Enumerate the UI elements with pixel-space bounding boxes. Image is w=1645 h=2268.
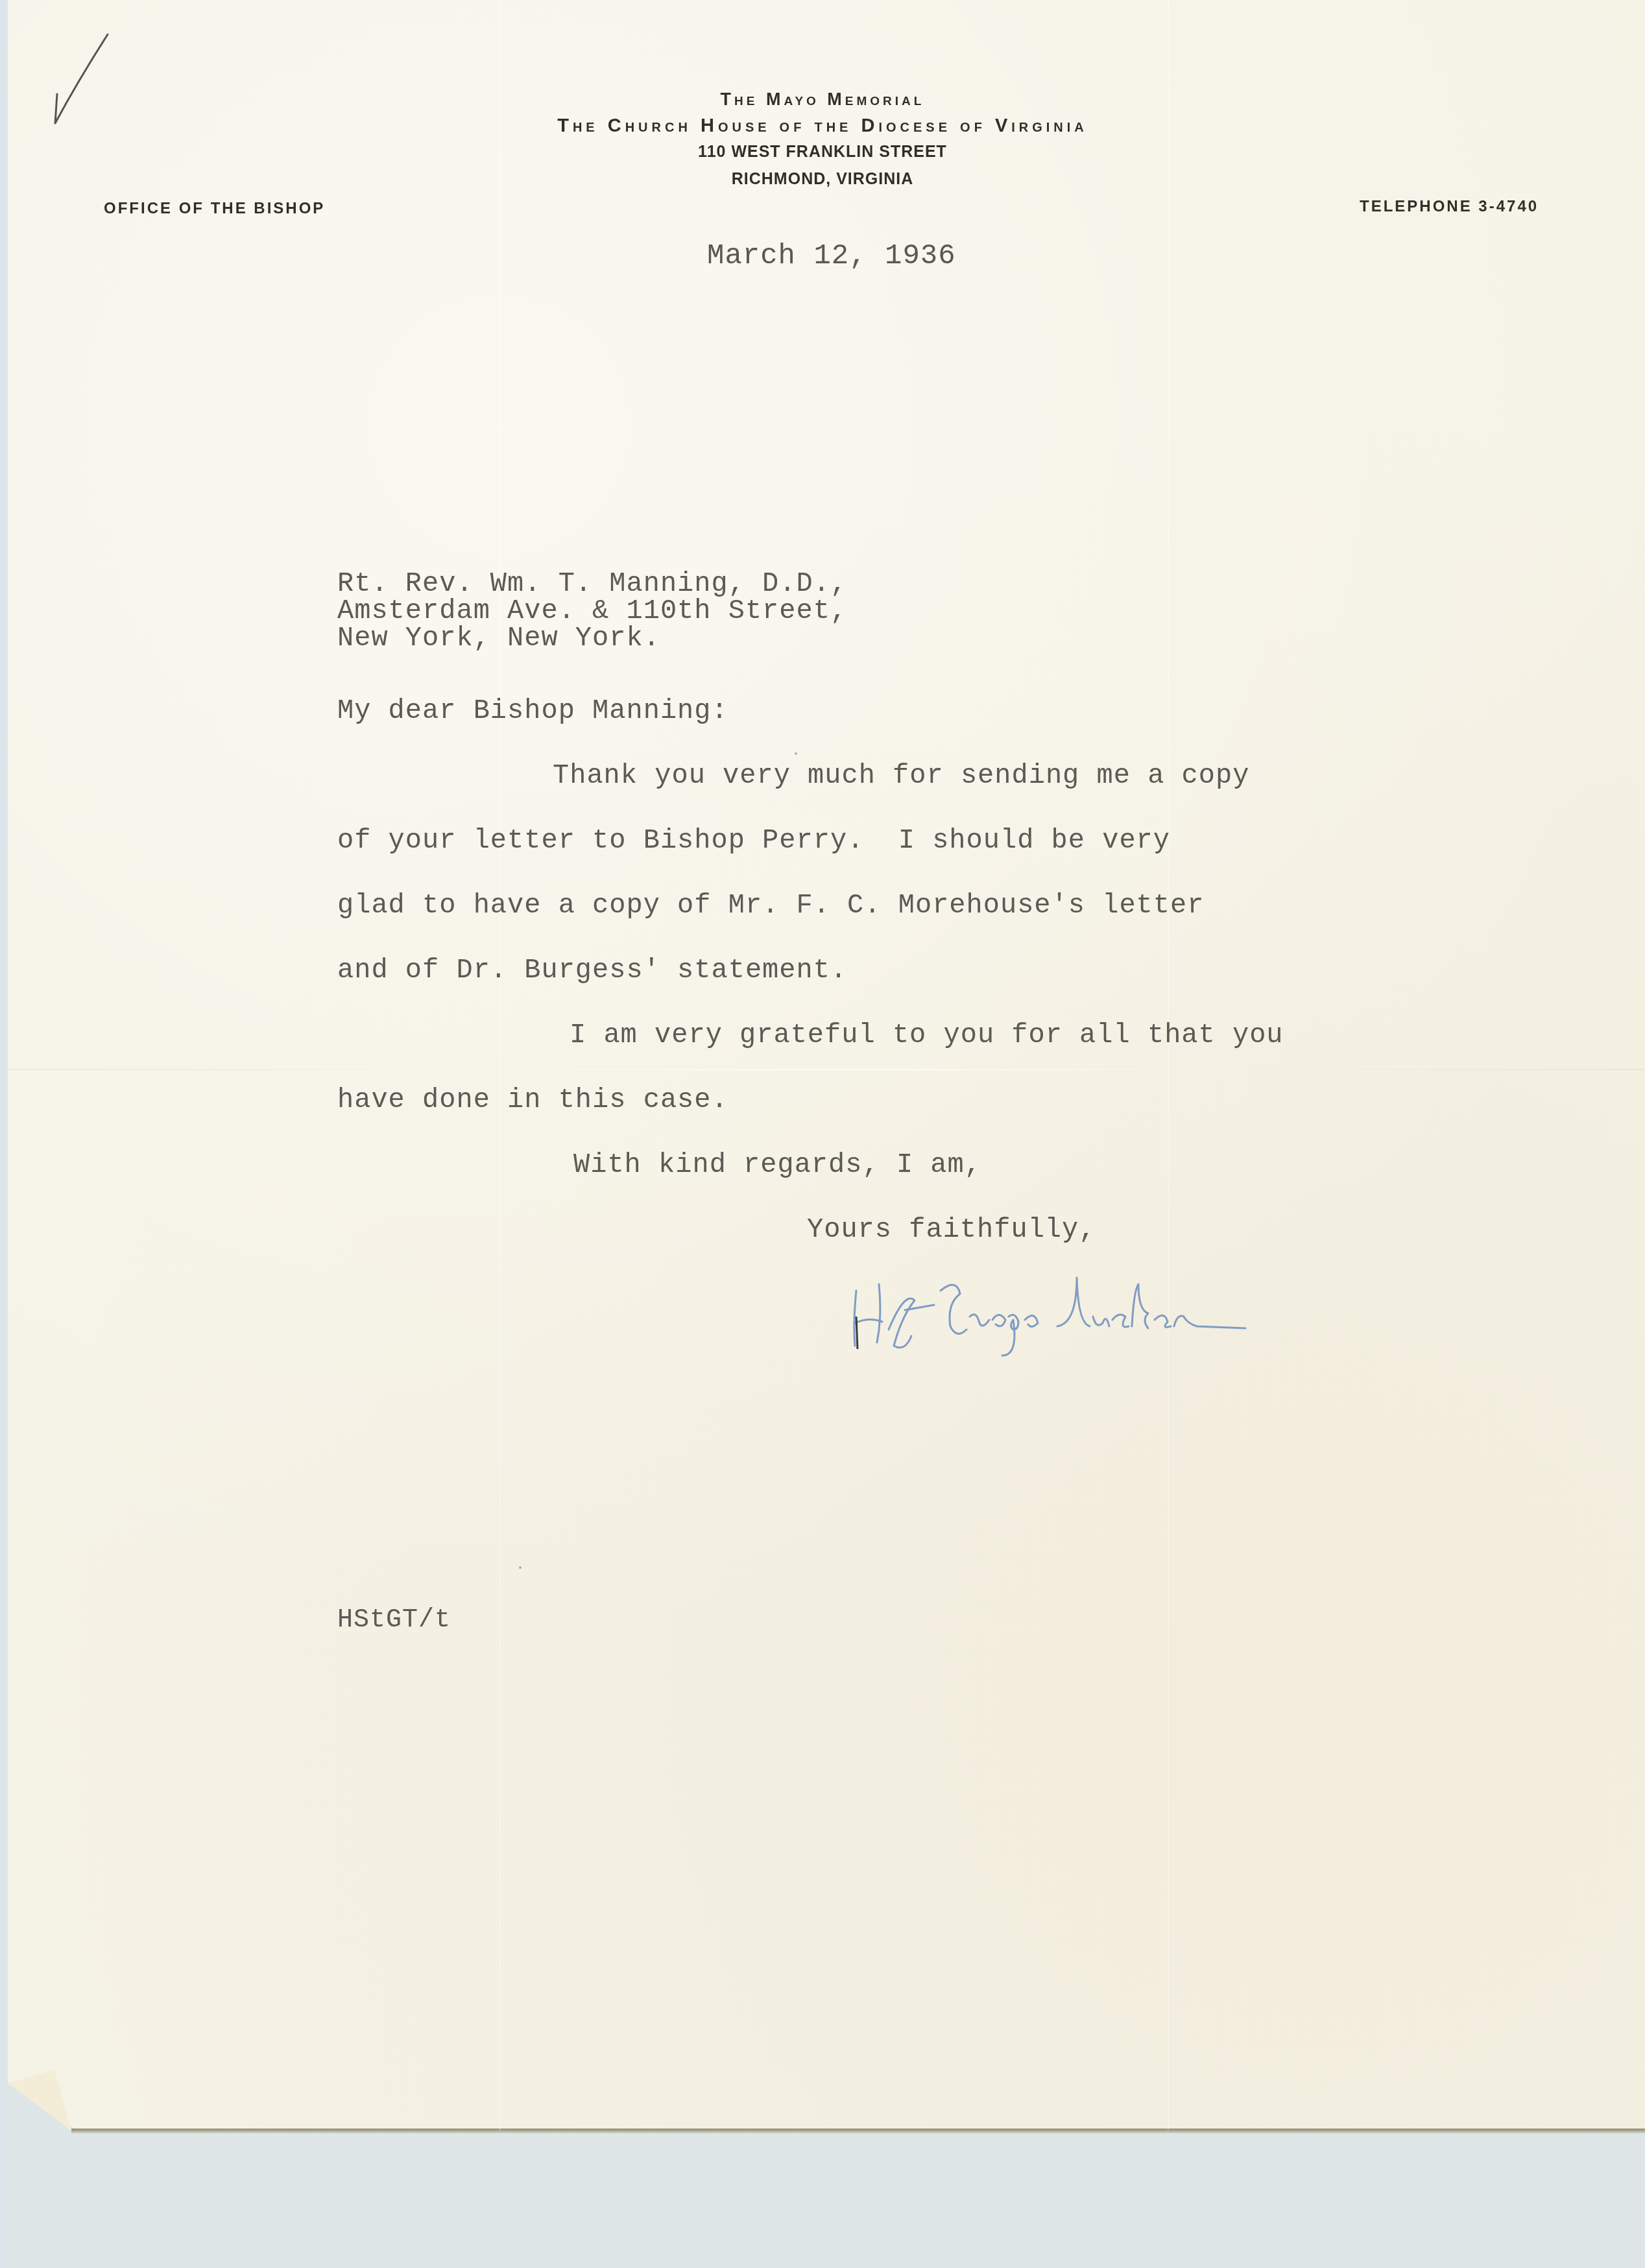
paper-speck — [519, 1566, 522, 1569]
paper-bottom-edge — [71, 2129, 1645, 2134]
reference-initials: HStGT/t — [337, 1606, 451, 1635]
letter-paper — [8, 0, 1645, 2131]
horizontal-fold-crease — [8, 1069, 1645, 1070]
body-line: glad to have a copy of Mr. F. C. Morehou… — [337, 890, 1204, 921]
recipient-line: Rt. Rev. Wm. T. Manning, D.D., — [337, 568, 847, 599]
letterhead-telephone: TELEPHONE 3-4740 — [1360, 198, 1539, 216]
closing: With kind regards, I am, — [573, 1149, 981, 1180]
letterhead-title: The Mayo Memorial — [0, 90, 1645, 110]
recipient-line: Amsterdam Ave. & 110th Street, — [337, 595, 847, 627]
body-line: and of Dr. Burgess' statement. — [337, 955, 847, 986]
letterhead-subtitle: The Church House of the Diocese of Virgi… — [0, 115, 1645, 137]
body-line: I am very grateful to you for all that y… — [570, 1020, 1284, 1051]
valediction: Yours faithfully, — [807, 1214, 1096, 1245]
signature: H St George Tucker — [843, 1265, 1401, 1362]
body-line: Thank you very much for sending me a cop… — [553, 760, 1249, 791]
recipient-line: New York, New York. — [337, 623, 660, 654]
body-line: have done in this case. — [337, 1084, 728, 1116]
paper-speck — [795, 752, 797, 755]
scanner-edge-strip — [0, 0, 8, 2268]
letter-date: March 12, 1936 — [707, 240, 956, 272]
salutation: My dear Bishop Manning: — [337, 695, 728, 726]
letterhead-city: RICHMOND, VIRGINIA — [0, 170, 1645, 189]
letterhead-office: OFFICE OF THE BISHOP — [104, 200, 325, 218]
vertical-fold-crease — [1168, 0, 1169, 2131]
body-line: of your letter to Bishop Perry. I should… — [337, 825, 1170, 856]
letterhead-street: 110 WEST FRANKLIN STREET — [0, 143, 1645, 161]
vertical-fold-crease — [499, 0, 501, 2131]
